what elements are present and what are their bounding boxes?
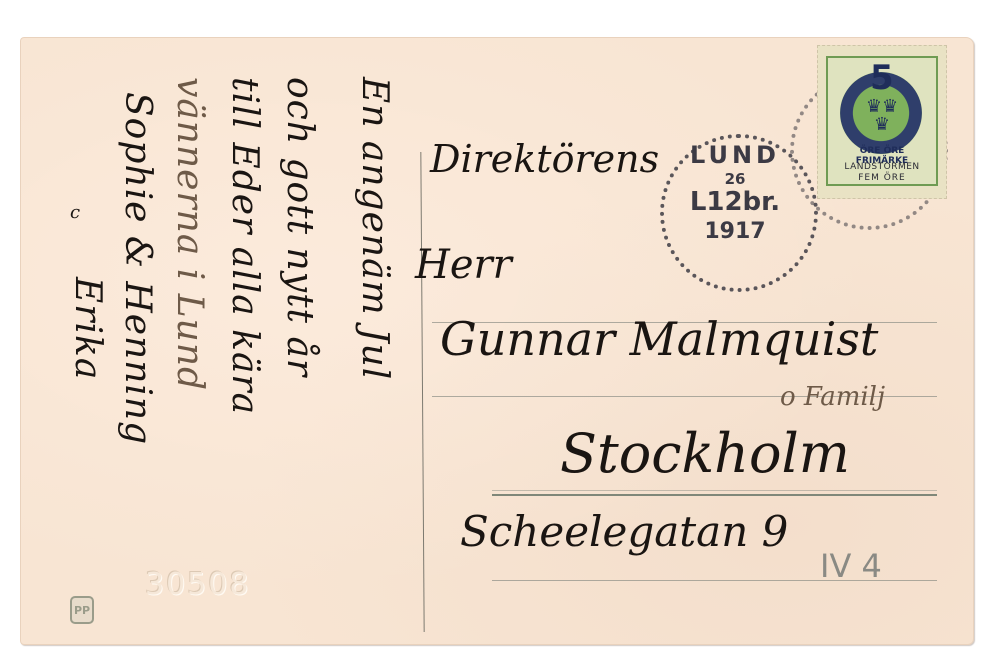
address-name: Gunnar Malmquist: [440, 312, 878, 366]
address-line-3: [492, 494, 937, 496]
address-annotation: o Familj: [780, 382, 885, 412]
vertical-divider-line: [420, 152, 424, 632]
postmark-time: L12br.: [660, 187, 810, 217]
message-line-1: En angenäm Jul: [354, 77, 395, 380]
postcard: En angenäm Jul och gott nytt år till Ede…: [20, 37, 974, 645]
stamp-overprint-line-2: FEM ÖRE: [828, 173, 936, 183]
embossed-number: 30508: [145, 567, 250, 602]
postmark-city: LUND: [660, 141, 810, 169]
message-line-5: Sophie & Henning: [117, 92, 158, 445]
address-line-3-top: [492, 490, 937, 491]
address-title: Direktörens: [430, 137, 659, 181]
pencil-note: IV 4: [820, 547, 882, 585]
stamp-value: 5: [870, 58, 894, 98]
address-city: Stockholm: [560, 422, 850, 485]
message-line-4: vännerna i Lund: [169, 77, 210, 391]
message-line-6: Erika: [67, 277, 108, 380]
postage-stamp: ♛♛♛ 5 ÖRE ÖRE FRIMÄRKE LANDSTORMEN FEM Ö…: [817, 45, 947, 199]
postmark-year: 1917: [660, 219, 810, 244]
postmark-day: 26: [660, 170, 810, 188]
three-crowns-icon: ♛♛♛: [860, 98, 904, 134]
address-street: Scheelegatan 9: [460, 507, 788, 556]
message-mark: c: [70, 202, 80, 223]
address-salutation: Herr: [415, 242, 512, 288]
message-line-3: till Eder alla kära: [224, 77, 265, 415]
stamp-overprint-line-1: LANDSTORMEN: [828, 162, 936, 172]
message-line-2: och gott nytt år: [279, 77, 320, 377]
publisher-logo-icon: PP: [70, 596, 94, 624]
